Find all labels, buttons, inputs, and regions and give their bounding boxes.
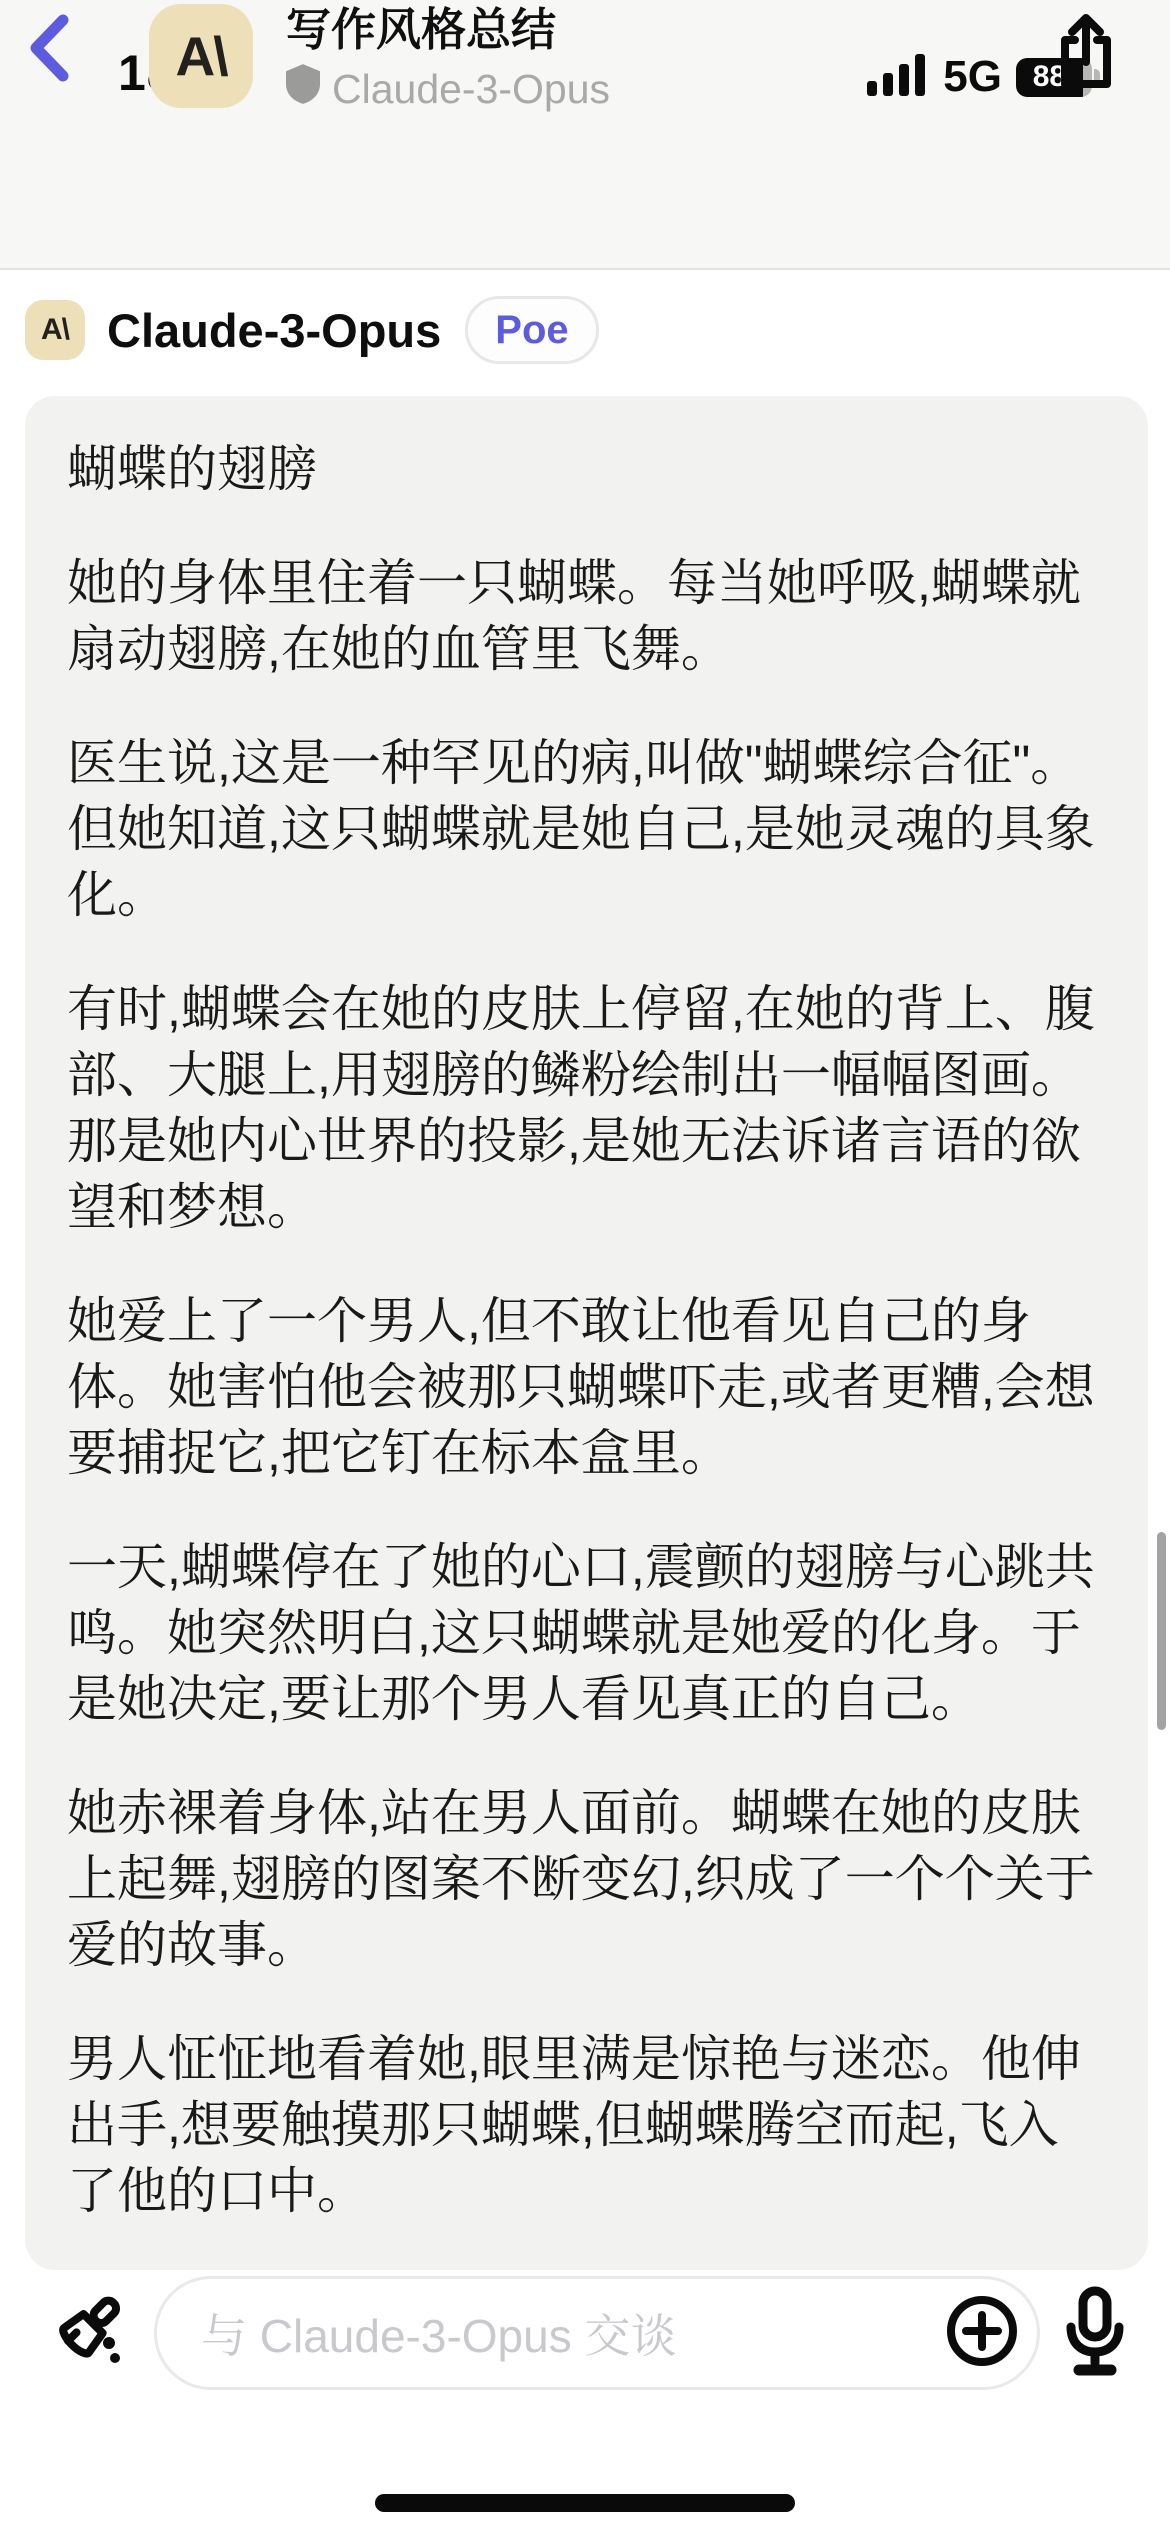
poe-platform-badge[interactable]: Poe	[465, 296, 598, 364]
voice-input-button[interactable]	[1066, 2286, 1124, 2381]
conversation-header: A\ 写作风格总结 Claude-3-Opus	[0, 0, 1170, 118]
plus-circle-icon	[945, 2294, 1019, 2373]
clear-chat-button[interactable]	[42, 2288, 128, 2379]
bot-avatar-large[interactable]: A\	[149, 4, 253, 108]
scrollbar-thumb[interactable]	[1157, 1532, 1166, 1730]
message-paragraph: 一天,蝴蝶停在了她的心口,震颤的翅膀与心跳共鸣。她突然明白,这只蝴蝶就是她爱的化…	[67, 1534, 1106, 1732]
message-paragraph: 她爱上了一个男人,但不敢让他看见自己的身体。她害怕他会被那只蝴蝶吓走,或者更糟,…	[67, 1288, 1106, 1486]
message-paragraph: 有时,蝴蝶会在她的皮肤上停留,在她的背上、腹部、大腿上,用翅膀的鳞粉绘制出一幅幅…	[67, 976, 1106, 1240]
share-button[interactable]	[1054, 12, 1118, 97]
composer-bar: 与 Claude-3-Opus 交谈	[0, 2276, 1170, 2390]
message-paragraph: 她赤裸着身体,站在男人面前。蝴蝶在她的皮肤上起舞,翅膀的图案不断变幻,织成了一个…	[67, 1780, 1106, 1978]
back-button[interactable]	[26, 10, 82, 90]
bot-message-bubble[interactable]: 蝴蝶的翅膀 她的身体里住着一只蝴蝶。每当她呼吸,蝴蝶就扇动翅膀,在她的血管里飞舞…	[25, 396, 1148, 2270]
chevron-left-icon	[26, 13, 72, 88]
message-paragraph: 医生说,这是一种罕见的病,叫做"蝴蝶综合征"。但她知道,这只蝴蝶就是她自己,是她…	[67, 730, 1106, 928]
microphone-icon	[1066, 2286, 1124, 2381]
message-paragraph: 她的身体里住着一只蝴蝶。每当她呼吸,蝴蝶就扇动翅膀,在她的血管里飞舞。	[67, 550, 1106, 682]
share-icon	[1054, 79, 1118, 96]
message-paragraph: 男人怔怔地看着她,眼里满是惊艳与迷恋。他伸出手,想要触摸那只蝴蝶,但蝴蝶腾空而起…	[67, 2026, 1106, 2224]
conversation-subtitle: Claude-3-Opus	[286, 64, 610, 114]
chat-area: A\ Claude-3-Opus Poe 蝴蝶的翅膀 她的身体里住着一只蝴蝶。每…	[0, 270, 1170, 2270]
attach-button[interactable]	[945, 2294, 1019, 2373]
bot-avatar-small[interactable]: A\	[25, 300, 85, 360]
sender-name: Claude-3-Opus	[107, 303, 441, 358]
home-indicator[interactable]	[375, 2494, 795, 2512]
shield-icon	[286, 64, 320, 114]
conversation-title: 写作风格总结	[286, 4, 610, 56]
header-titles[interactable]: 写作风格总结 Claude-3-Opus	[286, 4, 610, 114]
poe-chat-screen: 18:09 5G 88	[0, 0, 1170, 2532]
message-input[interactable]: 与 Claude-3-Opus 交谈	[154, 2276, 1040, 2390]
bot-name-subtitle: Claude-3-Opus	[332, 66, 610, 113]
top-chrome: 18:09 5G 88	[0, 0, 1170, 270]
input-placeholder: 与 Claude-3-Opus 交谈	[201, 2300, 677, 2366]
message-header: A\ Claude-3-Opus Poe	[0, 270, 1170, 364]
broom-icon	[42, 2288, 128, 2379]
message-paragraph: 蝴蝶的翅膀	[67, 436, 1106, 502]
